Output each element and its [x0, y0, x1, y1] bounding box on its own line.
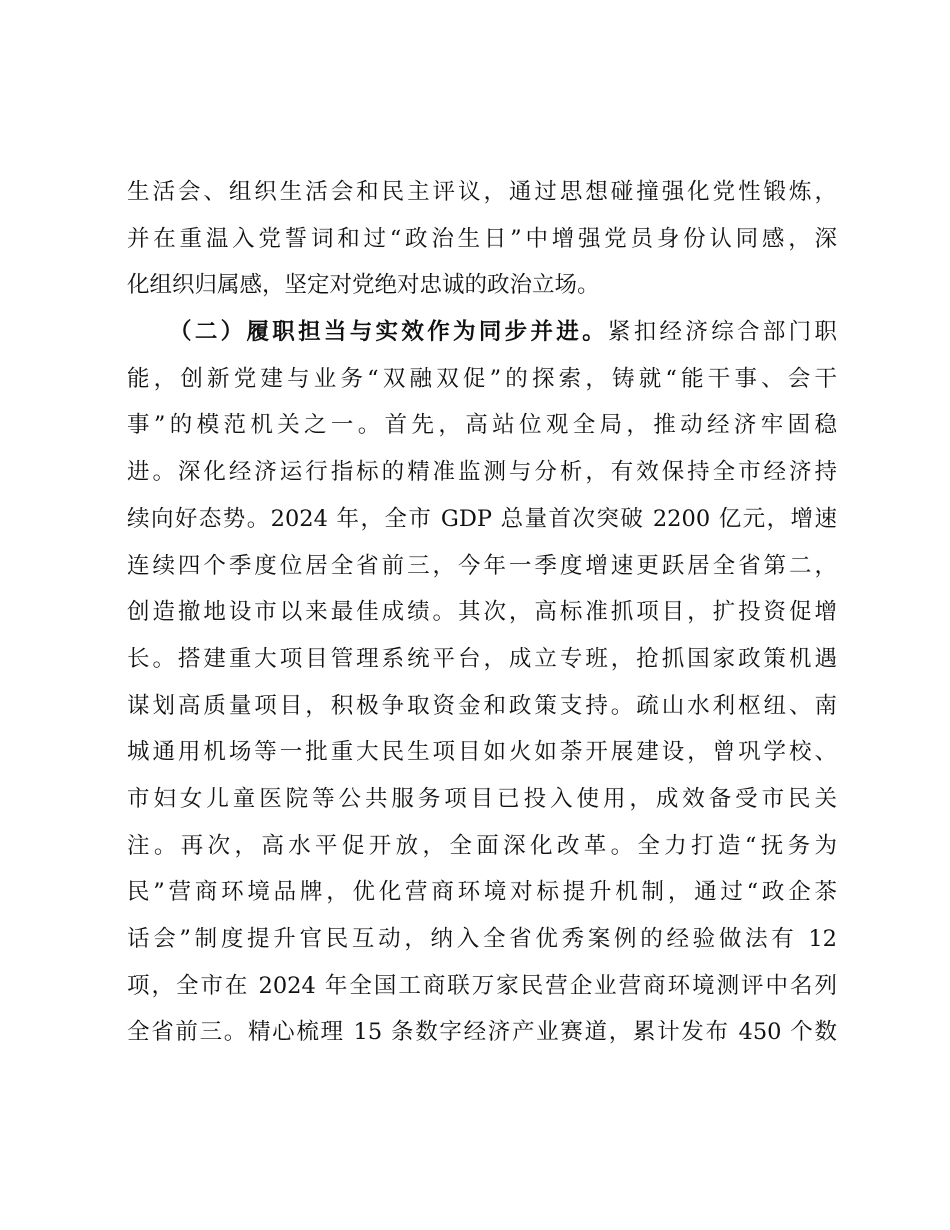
paragraph-line: 创造撤地设市以来最佳成绩。其次，高标准抓项目，扩投资促增: [127, 589, 837, 636]
paragraph-line: 全省前三。精心梳理 15 条数字经济产业赛道，累计发布 450 个数: [127, 1009, 837, 1056]
paragraph-line: 能，创新党建与业务“双融双促”的探索，铸就“能干事、会干: [127, 356, 837, 403]
paragraph-line: 连续四个季度位居全省前三，今年一季度增速更跃居全省第二，: [127, 543, 837, 590]
body-text: 生活会、组织生活会和民主评议，通过思想碰撞强化党性锻炼， 并在重温入党誓词和过“…: [127, 169, 837, 1056]
paragraph-line: 注。再次，高水平促开放，全面深化改革。全力打造“抚务为: [127, 823, 837, 870]
document-page: 生活会、组织生活会和民主评议，通过思想碰撞强化党性锻炼， 并在重温入党誓词和过“…: [0, 0, 950, 1230]
section-heading: （二）履职担当与实效作为同步并进。: [169, 319, 608, 345]
paragraph-line: 项，全市在 2024 年全国工商联万家民营企业营商环境测评中名列: [127, 963, 837, 1010]
paragraph-line: 市妇女儿童医院等公共服务项目已投入使用，成效备受市民关: [127, 776, 837, 823]
section-first-line-text: 紧扣经济综合部门职: [608, 319, 837, 345]
paragraph-line: 城通用机场等一批重大民生项目如火如荼开展建设，曾巩学校、: [127, 729, 837, 776]
paragraph-line: 生活会、组织生活会和民主评议，通过思想碰撞强化党性锻炼，: [127, 169, 837, 216]
paragraph-line: 民”营商环境品牌，优化营商环境对标提升机制，通过“政企茶: [127, 869, 837, 916]
paragraph-line: 话会”制度提升官民互动，纳入全省优秀案例的经验做法有 12: [127, 916, 837, 963]
paragraph-line: 谋划高质量项目，积极争取资金和政策支持。疏山水利枢纽、南: [127, 683, 837, 730]
paragraph-line: 事”的模范机关之一。首先，高站位观全局，推动经济牢固稳: [127, 402, 837, 449]
paragraph-line: 进。深化经济运行指标的精准监测与分析，有效保持全市经济持: [127, 449, 837, 496]
section-first-line: （二）履职担当与实效作为同步并进。紧扣经济综合部门职: [127, 309, 837, 356]
paragraph-line: 续向好态势。2024 年，全市 GDP 总量首次突破 2200 亿元，增速: [127, 496, 837, 543]
paragraph-line: 并在重温入党誓词和过“政治生日”中增强党员身份认同感，深: [127, 216, 837, 263]
paragraph-line: 化组织归属感，坚定对党绝对忠诚的政治立场。: [127, 262, 837, 309]
paragraph-line: 长。搭建重大项目管理系统平台，成立专班，抢抓国家政策机遇: [127, 636, 837, 683]
